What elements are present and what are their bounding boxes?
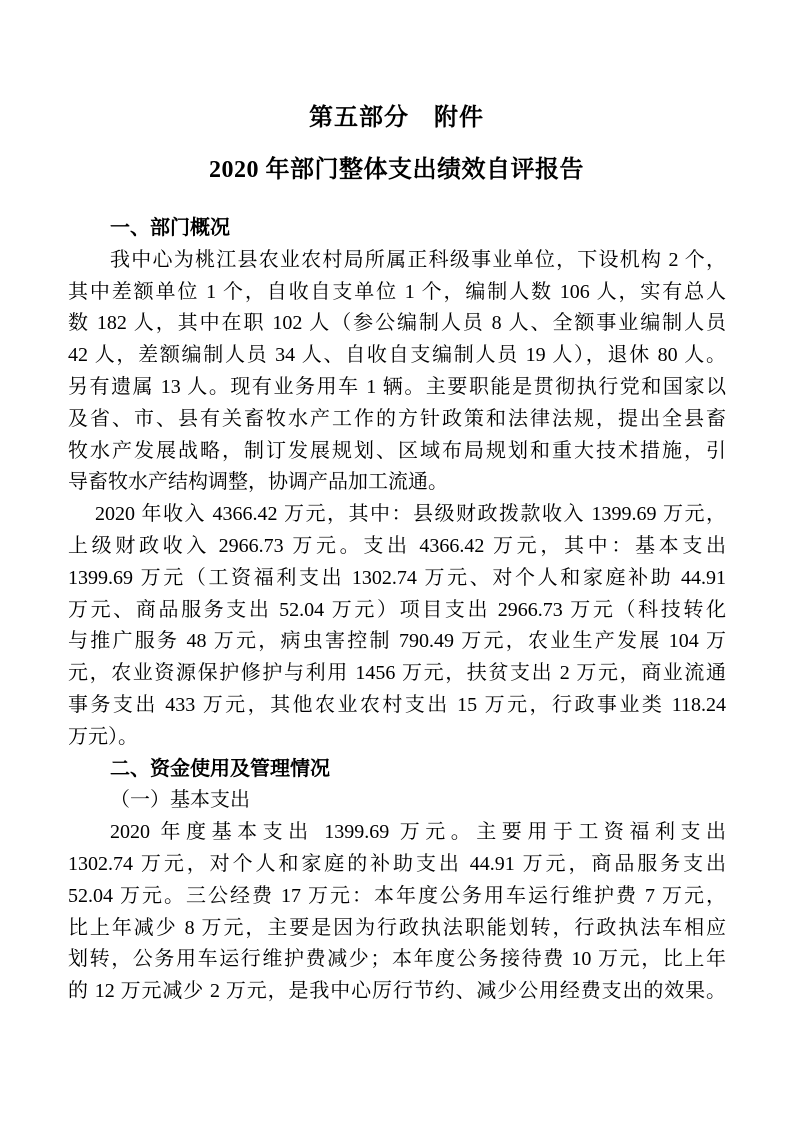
text-line: 比上年减少 8 万元，主要是因为行政执法职能划转，行政执法车相应 [68, 913, 726, 945]
part-title: 第五部分 附件 [0, 103, 793, 133]
text-line: 牧水产发展战略，制订发展规划、区域布局规划和重大技术措施，引 [68, 436, 726, 468]
text-line: 数 182 人，其中在职 102 人（参公编制人员 8 人、全额事业编制人员 [68, 308, 726, 340]
text-line: 事务支出 433 万元，其他农业农村支出 15 万元，行政事业类 118.24 [68, 690, 726, 722]
text-line: 1302.74 万元，对个人和家庭的补助支出 44.91 万元，商品服务支出 [68, 849, 726, 881]
text-line: 1399.69 万元（工资福利支出 1302.74 万元、对个人和家庭补助 44… [68, 563, 726, 595]
text-line: 2020 年收入 4366.42 万元，其中：县级财政拨款收入 1399.69 … [68, 499, 726, 531]
text-line: 其中差额单位 1 个，自收自支单位 1 个，编制人数 106 人，实有总人 [68, 277, 726, 309]
text-line: 52.04 万元。三公经费 17 万元：本年度公务用车运行维护费 7 万元， [68, 881, 726, 913]
text-line: 我中心为桃江县农业农村局所属正科级事业单位，下设机构 2 个， [68, 245, 726, 277]
text-line: 42 人，差额编制人员 34 人、自收自支编制人员 19 人），退休 80 人。 [68, 340, 726, 372]
text-line: 与推广服务 48 万元，病虫害控制 790.49 万元，农业生产发展 104 万 [68, 626, 726, 658]
text-line: 上级财政收入 2966.73 万元。支出 4366.42 万元，其中：基本支出 [68, 531, 726, 563]
text-line: 万元、商品服务支出 52.04 万元）项目支出 2966.73 万元（科技转化 [68, 595, 726, 627]
report-title: 2020 年部门整体支出绩效自评报告 [0, 155, 793, 185]
text-line: 的 12 万元减少 2 万元，是我中心厉行节约、减少公用经费支出的效果。 [68, 976, 726, 1008]
section-2-heading: 二、资金使用及管理情况 [68, 754, 726, 786]
text-line: 2020 年度基本支出 1399.69 万元。主要用于工资福利支出 [68, 817, 726, 849]
section-2-subheading: （一）基本支出 [68, 785, 726, 817]
text-line: 及省、市、县有关畜牧水产工作的方针政策和法律法规，提出全县畜 [68, 404, 726, 436]
text-line: 元，农业资源保护修护与利用 1456 万元，扶贫支出 2 万元，商业流通 [68, 658, 726, 690]
text-line: 另有遗属 13 人。现有业务用车 1 辆。主要职能是贯彻执行党和国家以 [68, 372, 726, 404]
document-body: 一、部门概况 我中心为桃江县农业农村局所属正科级事业单位，下设机构 2 个， 其… [68, 213, 726, 1008]
text-line: 万元）。 [68, 722, 726, 754]
section-1-heading: 一、部门概况 [68, 213, 726, 245]
text-line: 划转，公务用车运行维护费减少；本年度公务接待费 10 万元，比上年 [68, 944, 726, 976]
text-line: 导畜牧水产结构调整，协调产品加工流通。 [68, 467, 726, 499]
document-page: 第五部分 附件 2020 年部门整体支出绩效自评报告 一、部门概况 我中心为桃江… [0, 0, 793, 1122]
